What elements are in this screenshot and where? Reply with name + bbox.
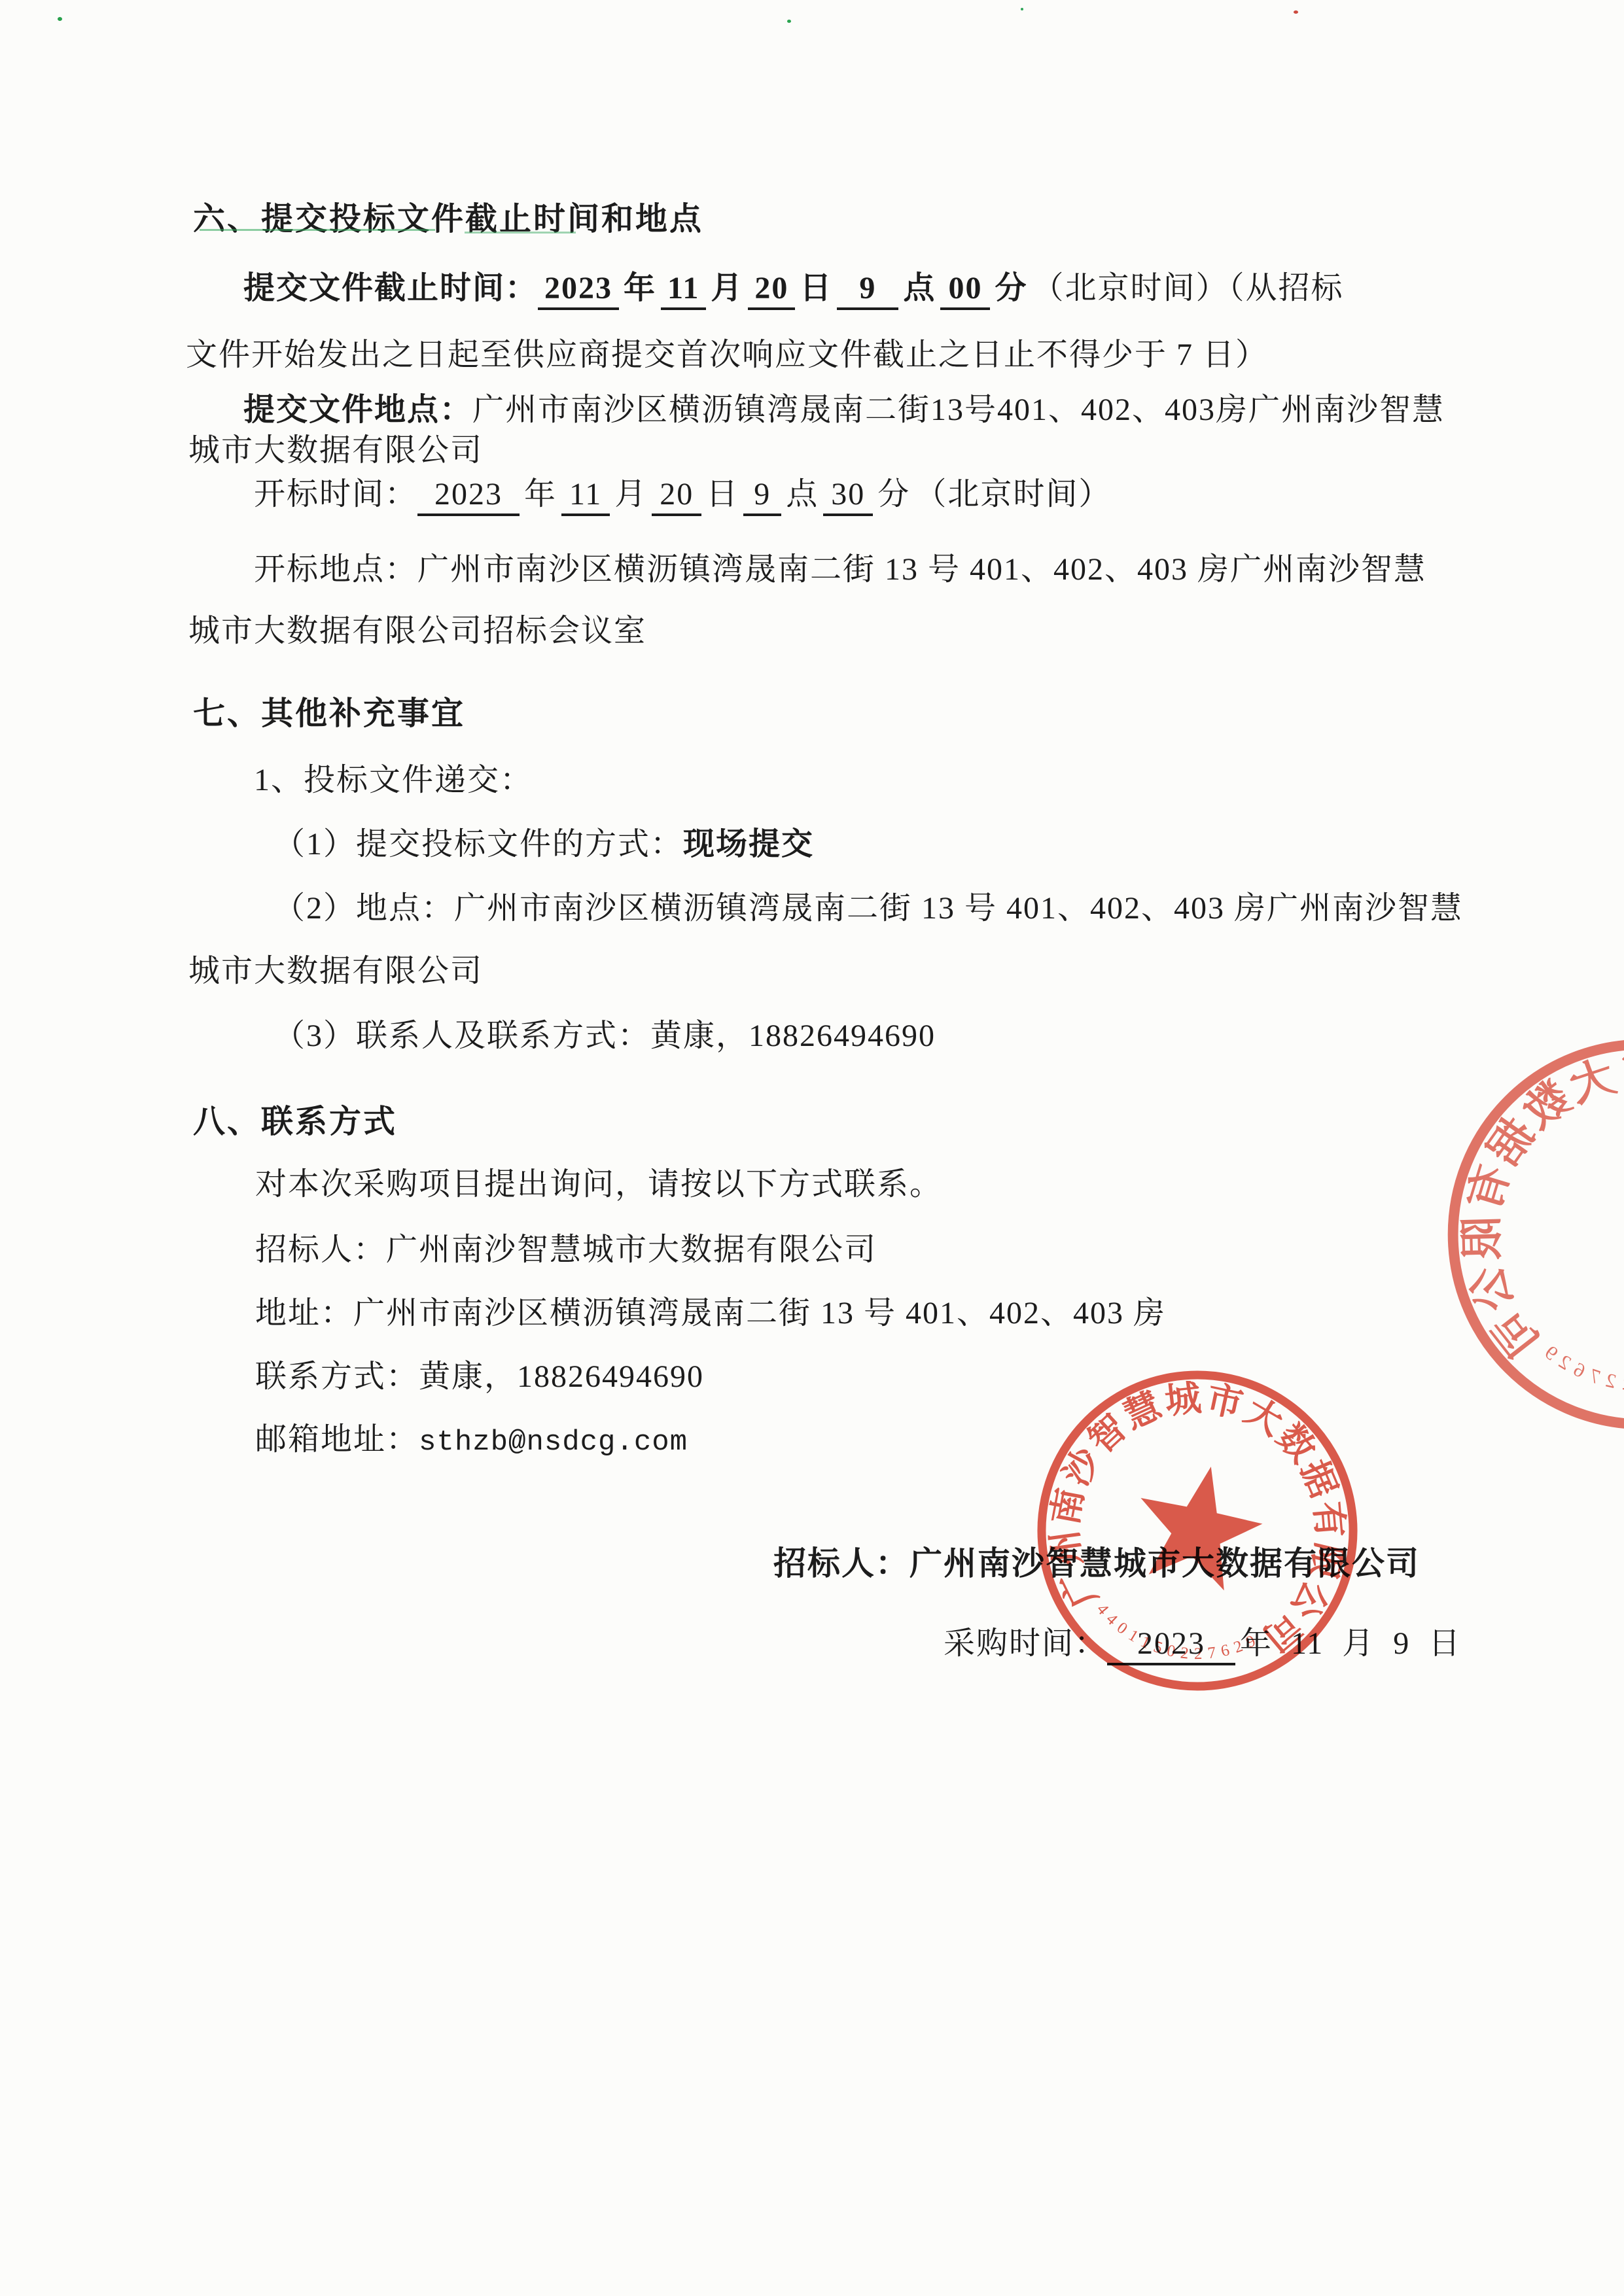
purchase-date-year: 2023 — [1107, 1625, 1235, 1665]
seal-company-char: 大 — [1238, 1391, 1289, 1443]
opening-day: 20 — [652, 476, 701, 516]
scan-speck — [1294, 10, 1298, 14]
seal-company-char: 数 — [1515, 1073, 1580, 1138]
line-address: 地址：广州市南沙区横沥镇湾晟南二街 13 号 401、402、403 房 — [255, 1295, 1166, 1332]
line-delivery-place-cont: 城市大数据有限公司 — [188, 952, 483, 990]
unit-month: 月 — [706, 271, 748, 305]
opening-time-label: 开标时间： — [254, 477, 417, 512]
seal-serial-digit: 2 — [1602, 1368, 1618, 1393]
email-label: 邮箱地址： — [255, 1422, 419, 1457]
unit-hour: 点 — [781, 477, 823, 512]
unit-minute: 分 — [990, 271, 1032, 305]
unit-hour: 点 — [898, 271, 940, 305]
seal-serial-digit: 2 — [1619, 1372, 1624, 1395]
opening-minute: 30 — [823, 476, 873, 516]
deadline-label: 提交文件截止时间： — [243, 271, 538, 305]
line-contact-method: 联系方式：黄康，18826494690 — [255, 1358, 704, 1396]
line-contact-person: （3）联系人及联系方式：黄康，18826494690 — [274, 1017, 936, 1055]
opening-month: 11 — [561, 476, 610, 516]
scan-artifact-green-dash — [200, 229, 435, 231]
line-submission-deadline: 提交文件截止时间：2023年11月20日9点00分（北京时间）（从招标 — [243, 270, 1343, 310]
place-label: 提交文件地点： — [243, 392, 472, 427]
seal-company-char: 沙 — [1056, 1440, 1109, 1492]
seal-company-char: 大 — [1564, 1052, 1621, 1112]
line-submission-place-cont: 城市大数据有限公司 — [188, 432, 483, 470]
seal-serial-digit: 6 — [1569, 1357, 1589, 1382]
scan-speck — [787, 20, 791, 23]
seal-company-char: 市 — [1203, 1378, 1246, 1425]
place-text: 广州市南沙区横沥镇湾晟南二街13号401、402、403房广州南沙智慧 — [472, 392, 1445, 427]
unit-day: 日 — [701, 477, 743, 512]
delivery-method-label: （1）提交投标文件的方式： — [274, 827, 683, 861]
seal-company-char: 南 — [1045, 1485, 1091, 1527]
unit-month: 月 — [610, 477, 652, 512]
section-6-heading: 六、提交投标文件截止时间和地点 — [193, 200, 703, 239]
purchase-date-label: 采购时间： — [944, 1626, 1107, 1661]
unit-day: 日 — [795, 271, 837, 305]
seal-ring — [1453, 1045, 1624, 1425]
deadline-day: 20 — [748, 270, 795, 310]
offset-seal-graphic: 广州南沙智慧城市大数据有限公司4401150227629 — [1443, 1035, 1624, 1434]
seal-company-char: 据 — [1293, 1455, 1344, 1504]
line-email: 邮箱地址：sthzb@nsdcg.com — [255, 1421, 688, 1460]
scan-speck — [1021, 8, 1023, 10]
unit-minute: 分 — [873, 477, 915, 512]
section-7-heading: 七、其他补充事宜 — [193, 695, 465, 733]
unit-year: 年 — [619, 271, 661, 305]
purchase-date-tail: 年 11 月 9 日 — [1235, 1626, 1466, 1661]
opening-time-tail: （北京时间） — [915, 477, 1111, 512]
seal-company-char: 据 — [1479, 1110, 1544, 1174]
opening-year: 2023 — [417, 476, 520, 516]
deadline-hour: 9 — [837, 270, 898, 310]
seal-serial-digit: 9 — [1539, 1340, 1562, 1365]
scanned-tender-document-page: 六、提交投标文件截止时间和地点 提交文件截止时间：2023年11月20日9点00… — [0, 0, 1624, 2296]
email-value: sthzb@nsdcg.com — [419, 1426, 688, 1459]
signature-date-line: 采购时间：2023年 11 月 9 日 — [944, 1625, 1466, 1665]
deadline-minute: 00 — [940, 270, 990, 310]
offset-seal-stamp: 广州南沙智慧城市大数据有限公司4401150227629 — [1443, 1035, 1624, 1434]
scan-artifact-green-dash — [465, 232, 576, 234]
line-opening-time: 开标时间：2023年11月20日9点30分（北京时间） — [254, 476, 1111, 516]
line-deadline-note: 文件开始发出之日起至供应商提交首次响应文件截止之日止不得少于 7 日） — [186, 336, 1268, 374]
deadline-tail: （北京时间）（从招标 — [1032, 271, 1343, 305]
seal-company-char: 司 — [1483, 1301, 1549, 1366]
delivery-method-value: 现场提交 — [683, 827, 814, 861]
seal-company-char: 慧 — [1118, 1385, 1167, 1436]
scan-speck — [58, 17, 62, 21]
seal-serial-digit: 2 — [1553, 1349, 1575, 1374]
section-8-heading: 八、联系方式 — [193, 1103, 397, 1141]
line-opening-place-cont: 城市大数据有限公司招标会议室 — [188, 612, 646, 650]
seal-serial-digit: 4 — [1093, 1601, 1113, 1619]
line-bid-delivery: 1、投标文件递交： — [254, 761, 533, 799]
seal-serial-digit: 7 — [1585, 1364, 1604, 1389]
seal-company-char: 有 — [1307, 1500, 1350, 1539]
seal-company-char: 智 — [1081, 1407, 1135, 1461]
seal-company-char: 公 — [1461, 1260, 1522, 1317]
signature-tenderer-line: 招标人：广州南沙智慧城市大数据有限公司 — [773, 1544, 1420, 1583]
line-opening-place: 开标地点：广州市南沙区横沥镇湾晟南二街 13 号 401、402、403 房广州… — [254, 551, 1426, 589]
deadline-month: 11 — [661, 270, 706, 310]
line-delivery-method: （1）提交投标文件的方式：现场提交 — [274, 826, 814, 863]
seal-company-char: 市 — [1621, 1049, 1624, 1098]
seal-company-char: 数 — [1269, 1417, 1323, 1470]
seal-company-char: 限 — [1457, 1216, 1508, 1261]
seal-company-char: 有 — [1459, 1160, 1519, 1216]
line-submission-place: 提交文件地点：广州市南沙区横沥镇湾晟南二街13号401、402、403房广州南沙… — [243, 391, 1445, 429]
seal-company-char: 城 — [1163, 1378, 1203, 1421]
opening-hour: 9 — [743, 476, 781, 516]
unit-year: 年 — [520, 477, 561, 512]
line-delivery-place: （2）地点：广州市南沙区横沥镇湾晟南二街 13 号 401、402、403 房广… — [274, 890, 1463, 928]
line-inquiry-intro: 对本次采购项目提出询问，请按以下方式联系。 — [255, 1166, 942, 1204]
deadline-year: 2023 — [538, 270, 619, 310]
line-tenderer: 招标人：广州南沙智慧城市大数据有限公司 — [255, 1231, 877, 1269]
